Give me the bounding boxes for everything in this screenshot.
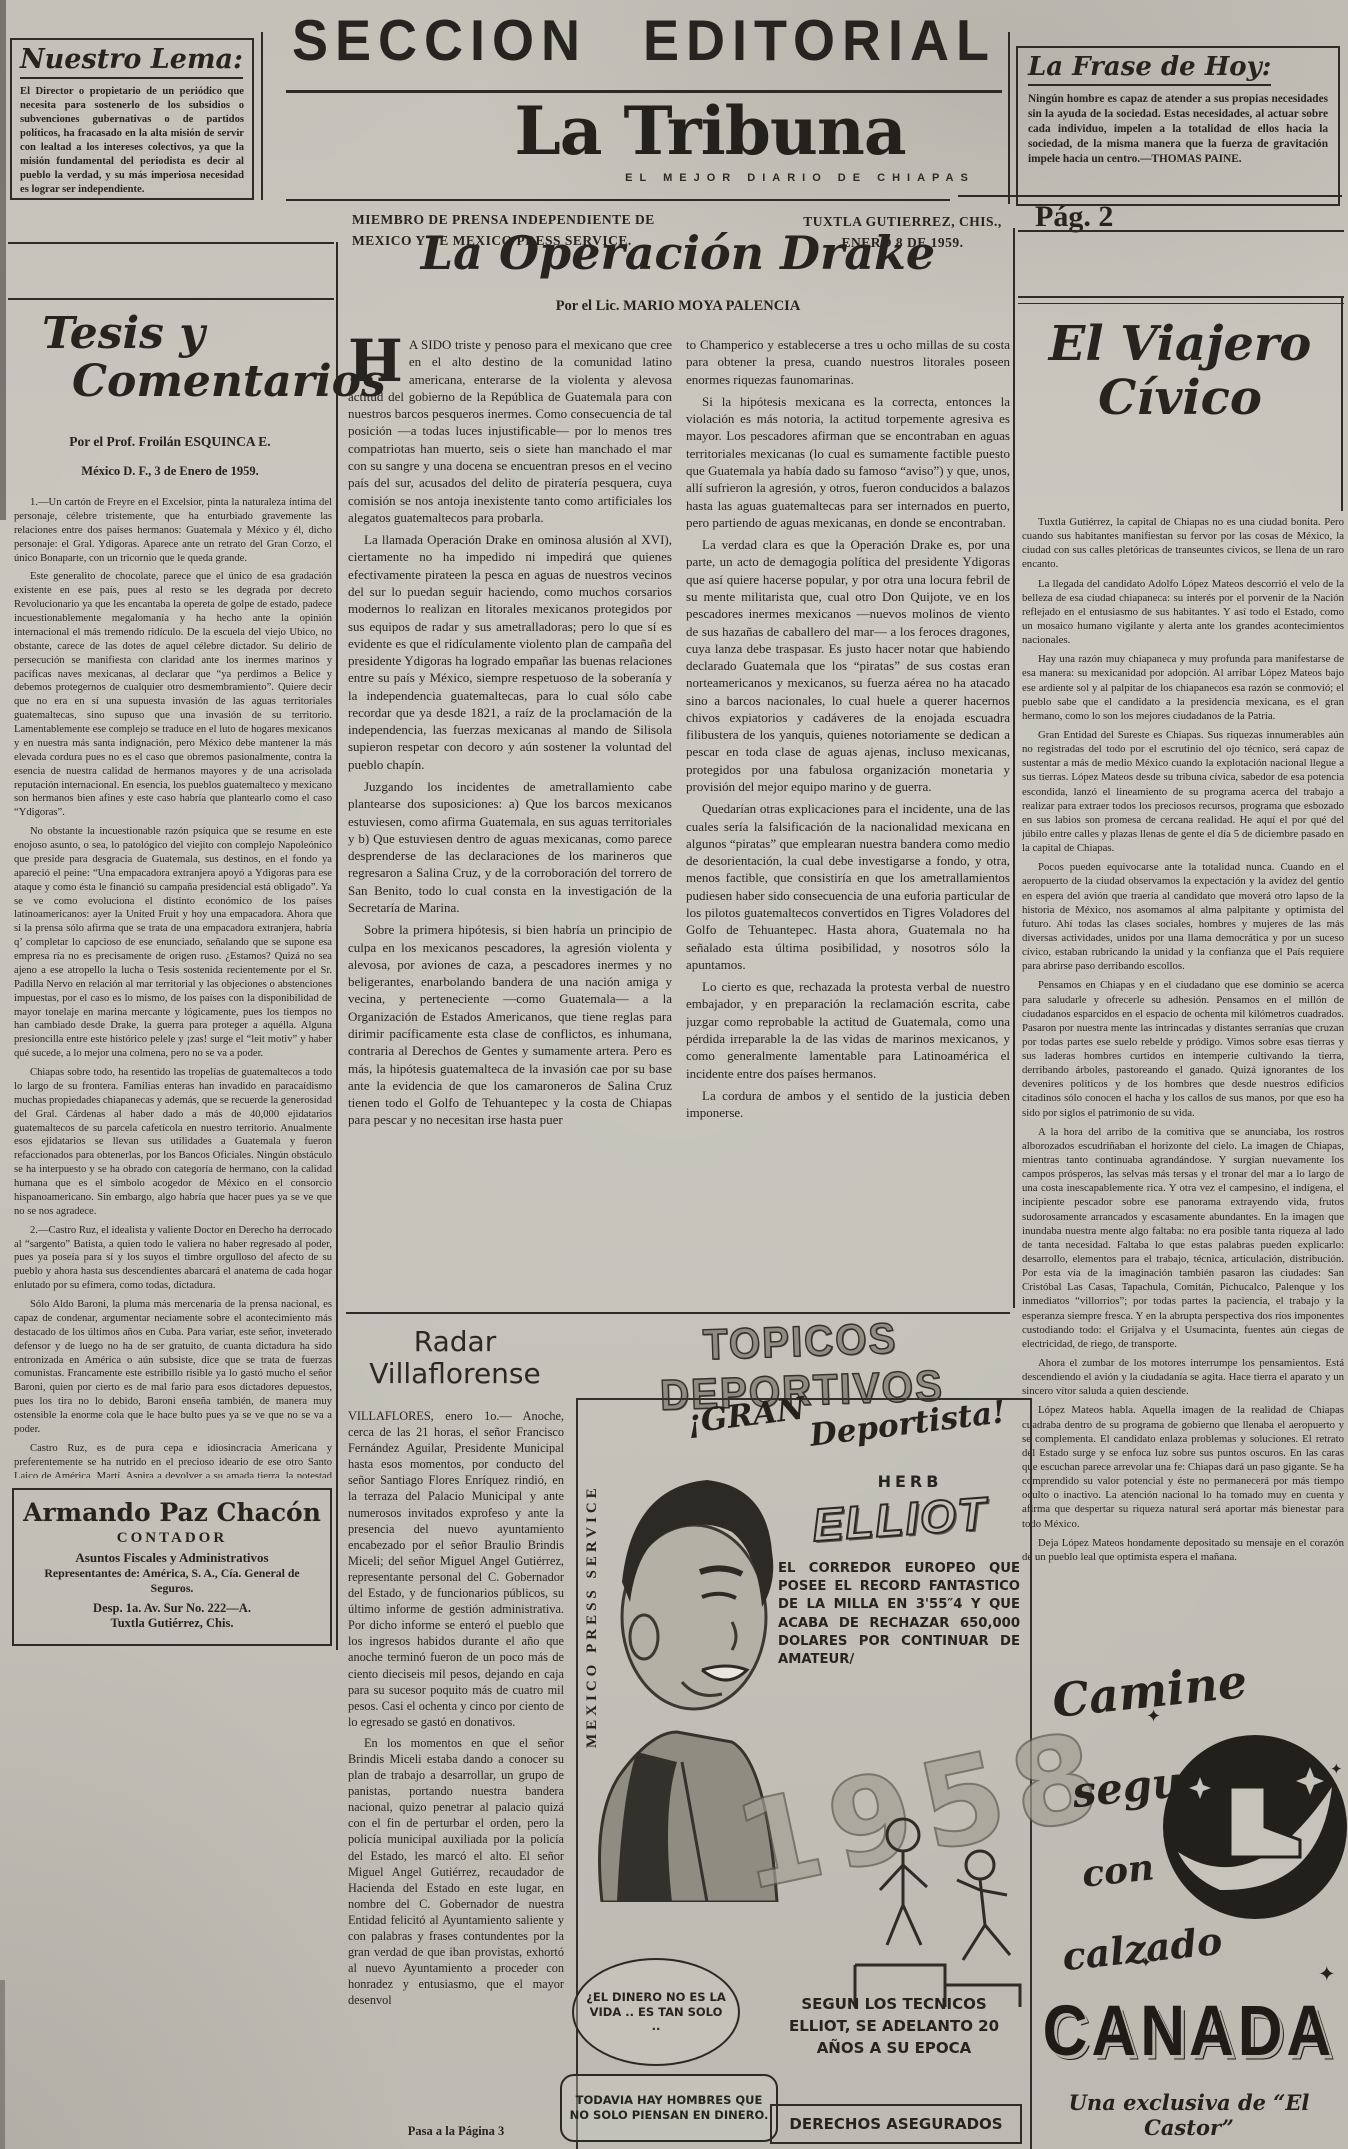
radar-title-line2: Villaflorense	[348, 1358, 562, 1390]
article-title-radar: Radar Villaflorense	[348, 1326, 562, 1390]
quote-box: La Frase de Hoy: Ningún hombre es capaz …	[1016, 46, 1340, 206]
paragraph: La llamada Operación Drake en ominosa al…	[348, 531, 672, 773]
paragraph: Quedarían otras explicaciones para el in…	[686, 800, 1010, 973]
drake-column-2: to Champerico y establecerse a tres u oc…	[686, 336, 1010, 1306]
canada-word-3: con	[1080, 1846, 1156, 1895]
paragraph: 2.—Castro Ruz, el idealista y valiente D…	[14, 1224, 332, 1293]
newspaper-page: Nuestro Lema: El Director o propietario …	[0, 0, 1348, 2149]
cartoon-rights-box: DERECHOS ASEGURADOS	[770, 2104, 1022, 2144]
tesis-byline: Por el Prof. Froilán ESQUINCA E.	[14, 434, 326, 450]
paragraph: Juzgando los incidentes de ametrallamien…	[348, 778, 672, 916]
paragraph: Sólo Aldo Baroni, la pluma más mercenari…	[14, 1298, 332, 1437]
quote-title: La Frase de Hoy:	[1028, 52, 1271, 86]
speech-bubble-1: ¿EL DINERO NO ES LA VIDA .. ES TAN SOLO …	[572, 1958, 740, 2066]
motto-body: El Director o propietario de un periódic…	[20, 85, 244, 197]
continuation-note: Pasa a la Página 3	[366, 2124, 546, 2139]
paragraph: La verdad clara es que la Operación Drak…	[686, 536, 1010, 795]
paragraph: to Champerico y establecerse a tres u oc…	[686, 336, 1010, 388]
paragraph: Si la hipótesis mexicana es la correcta,…	[686, 393, 1010, 531]
ad-role: CONTADOR	[14, 1530, 330, 1547]
divider	[8, 298, 334, 300]
cartoon-note: SEGUN LOS TECNICOS ELLIOT, SE ADELANTO 2…	[770, 1994, 1018, 2059]
paragraph: Pensamos en Chiapas y en el ciudadano qu…	[1022, 978, 1344, 1119]
accountant-ad: Armando Paz Chacón CONTADOR Asuntos Fisc…	[12, 1488, 332, 1646]
paragraph: En los momentos en que el señor Brindis …	[348, 1735, 564, 2009]
paragraph: No obstante la incuestionable razón psíq…	[14, 825, 332, 1061]
cartoon-caption: EL CORREDOR EUROPEO QUE POSEE EL RECORD …	[778, 1560, 1020, 1669]
divider	[1018, 303, 1344, 304]
ad-line4: Tuxtla Gutiérrez, Chis.	[14, 1616, 330, 1631]
ad-line1: Asuntos Fiscales y Administrativos	[14, 1550, 330, 1566]
radar-body: VILLAFLORES, enero 1o.— Anoche, cerca de…	[348, 1408, 564, 2120]
star-icon: ✦	[1146, 1706, 1161, 1727]
article-title-drake: La Operación Drake	[350, 226, 1006, 280]
star-icon: ✦	[1330, 1760, 1343, 1779]
speech-bubble-2: TODAVIA HAY HOMBRES QUE NO SOLO PIENSAN …	[560, 2074, 778, 2142]
drake-byline: Por el Lic. MARIO MOYA PALENCIA	[350, 298, 1006, 315]
ad-line3: Desp. 1a. Av. Sur No. 222—A.	[14, 1601, 330, 1616]
cartoon-figures-illustration	[845, 1795, 1030, 2010]
viajero-title-line2: Cívico	[1030, 372, 1330, 426]
scan-edge-artifact	[0, 0, 6, 520]
paragraph: Hay una razón muy chiapaneca y muy profu…	[1022, 652, 1344, 723]
viajero-body: Tuxtla Gutiérrez, la capital de Chiapas …	[1022, 515, 1344, 1655]
drake-column-1: HA SIDO triste y penoso para el mexicano…	[348, 336, 672, 1306]
divider	[1008, 32, 1010, 204]
divider	[261, 32, 263, 200]
paragraph: Pocos pueden equivocarse ante la totalid…	[1022, 860, 1344, 973]
ad-name: Armando Paz Chacón	[14, 1498, 330, 1527]
canada-brand: CANADA	[1036, 1991, 1342, 2073]
paragraph: Este generalito de chocolate, parece que…	[14, 570, 332, 820]
paragraph: Tuxtla Gutiérrez, la capital de Chiapas …	[1022, 515, 1344, 572]
motto-title: Nuestro Lema:	[20, 44, 243, 79]
quote-body: Ningún hombre es capaz de atender a sus …	[1028, 92, 1328, 167]
divider	[1013, 228, 1015, 1308]
article-title-tesis: Tesis y Comentarios	[20, 310, 330, 405]
tesis-title-line2: Comentarios	[20, 358, 330, 406]
tesis-title-line1: Tesis y	[20, 310, 330, 358]
article-title-viajero: El Viajero Cívico	[1030, 318, 1330, 426]
paper-name: La Tribuna	[430, 92, 990, 170]
radar-title-line1: Radar	[348, 1326, 562, 1358]
ad-line2: Representantes de: América, S. A., Cía. …	[14, 1566, 330, 1596]
membership-line-1: MIEMBRO DE PRENSA INDEPENDIENTE DE	[352, 212, 655, 227]
canada-logo	[1160, 1732, 1348, 1922]
divider	[286, 199, 950, 201]
paragraph: La cordura de ambos y el sentido de la j…	[686, 1087, 1010, 1122]
canada-tagline: Una exclusiva de “El Castor”	[1036, 2090, 1342, 2140]
paragraph: Sobre la primera hipótesis, si bien habr…	[348, 921, 672, 1128]
paragraph: Castro Ruz, es de pura cepa e idiosincra…	[14, 1442, 332, 1478]
tesis-body: 1.—Un cartón de Freyre en el Excelsior, …	[14, 496, 332, 1478]
paragraph: La llegada del candidato Adolfo López Ma…	[1022, 577, 1344, 648]
paragraph: Lo cierto es que, rechazada la protesta …	[686, 978, 1010, 1082]
scan-edge-artifact	[0, 1980, 5, 2149]
divider	[1018, 296, 1344, 298]
paragraph: Deja López Mateos hondamente depositado …	[1022, 1536, 1344, 1564]
paragraph: 1.—Un cartón de Freyre en el Excelsior, …	[14, 496, 332, 565]
paragraph: López Mateos habla. Aquella imagen de la…	[1022, 1403, 1344, 1530]
divider	[8, 242, 334, 244]
tesis-dateline: México D. F., 3 de Enero de 1959.	[14, 464, 326, 479]
paragraph: Ahora el zumbar de los motores interrump…	[1022, 1356, 1344, 1398]
paragraph: HA SIDO triste y penoso para el mexicano…	[348, 336, 672, 526]
star-icon: ✦	[1318, 1962, 1336, 1987]
paragraph: VILLAFLORES, enero 1o.— Anoche, cerca de…	[348, 1408, 564, 1730]
star-icon: ✦	[1140, 1955, 1152, 1972]
divider	[1341, 296, 1343, 511]
paragraph: Gran Entidad del Sureste es Chiapas. Sus…	[1022, 728, 1344, 855]
paper-tagline: EL MEJOR DIARIO DE CHIAPAS	[600, 172, 1000, 184]
paragraph: A la hora del arribo de la comitiva que …	[1022, 1125, 1344, 1351]
drop-cap: H	[348, 336, 409, 386]
section-title: SECCION EDITORIAL	[280, 8, 1008, 74]
viajero-title-line1: El Viajero	[1030, 318, 1330, 372]
paragraph: Chiapas sobre todo, ha resentido las tro…	[14, 1066, 332, 1219]
divider	[336, 242, 338, 1650]
divider	[1018, 230, 1344, 232]
motto-box: Nuestro Lema: El Director o propietario …	[10, 38, 254, 200]
